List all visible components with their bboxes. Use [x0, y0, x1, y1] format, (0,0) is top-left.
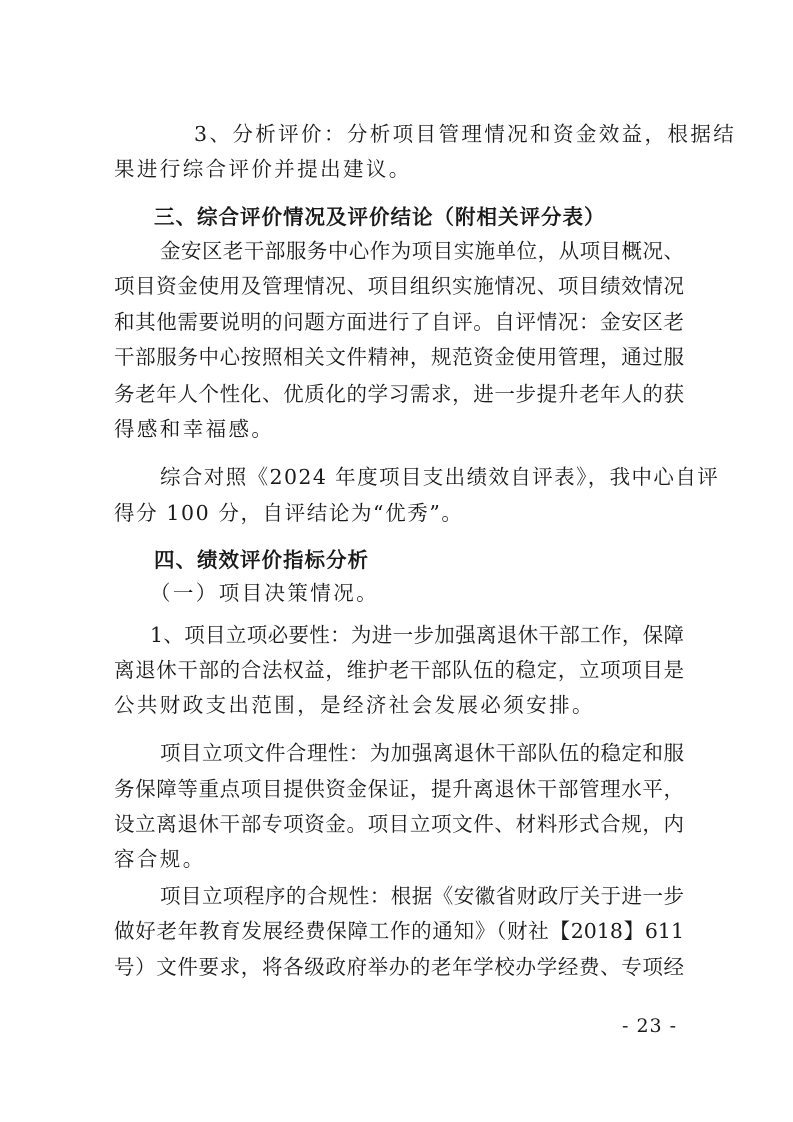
paragraph-line: 金安区老干部服务中心作为项目实施单位，从项目概况、 — [160, 237, 684, 265]
paragraph-line: 务老年人个性化、优质化的学习需求，进一步提升老年人的获 — [114, 380, 684, 408]
paragraph-line: 项目立项文件合理性：为加强离退休干部队伍的稳定和服 — [160, 739, 684, 767]
paragraph-line: 号）文件要求，将各级政府举办的老年学校办学经费、专项经 — [114, 953, 684, 981]
paragraph-line: 设立离退休干部专项资金。项目立项文件、材料形式合规，内 — [114, 810, 684, 838]
subsection-heading-1: （一）项目决策情况。 — [150, 579, 720, 607]
section-heading-4: 四、绩效评价指标分析 — [154, 546, 724, 574]
paragraph-line: 务保障等重点项目提供资金保证，提升离退休干部管理水平， — [114, 775, 684, 803]
paragraph-line-analysis-eval: 3、分析评价：分析项目管理情况和资金效益，根据结 — [194, 120, 684, 148]
section-heading-3: 三、综合评价情况及评价结论（附相关评分表） — [154, 203, 724, 231]
paragraph-line: 做好老年教育发展经费保障工作的通知》（财社【2018】611 — [114, 917, 684, 945]
document-page: 3、分析评价：分析项目管理情况和资金效益，根据结 果进行综合评价并提出建议。 三… — [0, 0, 793, 1122]
paragraph-line: 1、项目立项必要性：为进一步加强离退休干部工作，保障 — [150, 621, 684, 649]
paragraph-line: 得感和幸福感。 — [114, 415, 684, 443]
paragraph-line: 项目立项程序的合规性：根据《安徽省财政厅关于进一步 — [160, 882, 684, 910]
paragraph-line: 容合规。 — [114, 845, 684, 873]
paragraph-line: 公共财政支出范围，是经济社会发展必须安排。 — [114, 691, 684, 719]
paragraph-line: 离退休干部的合法权益，维护老干部队伍的稳定，立项项目是 — [114, 656, 684, 684]
paragraph-line-analysis-eval-cont: 果进行综合评价并提出建议。 — [114, 155, 684, 183]
paragraph-line: 和其他需要说明的问题方面进行了自评。自评情况：金安区老 — [114, 308, 684, 336]
paragraph-line-self-eval-score: 得分 100 分，自评结论为“优秀”。 — [114, 499, 684, 527]
page-number: - 23 - — [622, 1014, 677, 1038]
paragraph-line: 干部服务中心按照相关文件精神，规范资金使用管理，通过服 — [114, 343, 684, 371]
paragraph-line-self-eval: 综合对照《2024 年度项目支出绩效自评表》，我中心自评 — [160, 463, 730, 491]
paragraph-line: 项目资金使用及管理情况、项目组织实施情况、项目绩效情况 — [114, 272, 684, 300]
